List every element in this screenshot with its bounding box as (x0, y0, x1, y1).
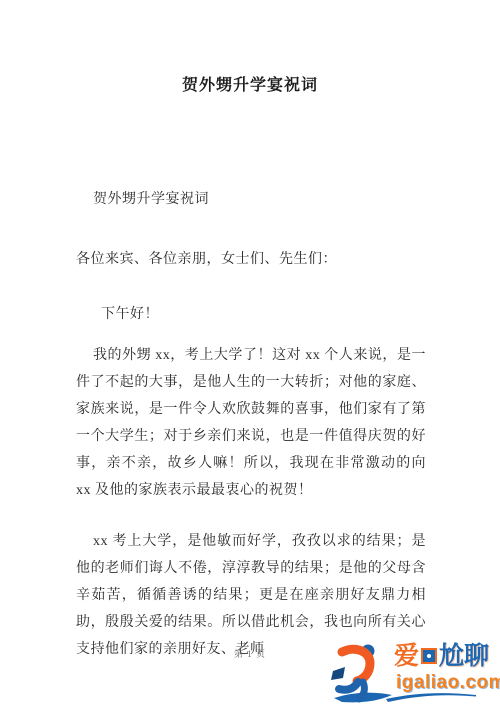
igaliao-logo[interactable]: 爱 尬聊 igaliao.com (330, 641, 498, 707)
logo-brand-text: 爱 尬聊 (394, 642, 489, 670)
greeting-line: 下午好！ (76, 301, 426, 328)
document-title: 贺外甥升学宴祝词 (0, 72, 500, 95)
salutation-line: 各位来宾、各位亲朋，女士们、先生们： (76, 246, 426, 273)
logo-domain-text: igaliao.com (396, 672, 500, 694)
document-heading: 贺外甥升学宴祝词 (76, 186, 426, 213)
document-page: 贺外甥升学宴祝词 贺外甥升学宴祝词 各位来宾、各位亲朋，女士们、先生们： 下午好… (0, 0, 500, 708)
paragraph-1: 我的外甥 xx，考上大学了！这对 xx 个人来说，是一件了不起的大事，是他人生的… (76, 342, 426, 504)
logo-brand-rest-chars: 尬聊 (439, 642, 489, 670)
logo-dot-icon (421, 648, 437, 664)
logo-brand-first-char: 爱 (394, 642, 419, 670)
